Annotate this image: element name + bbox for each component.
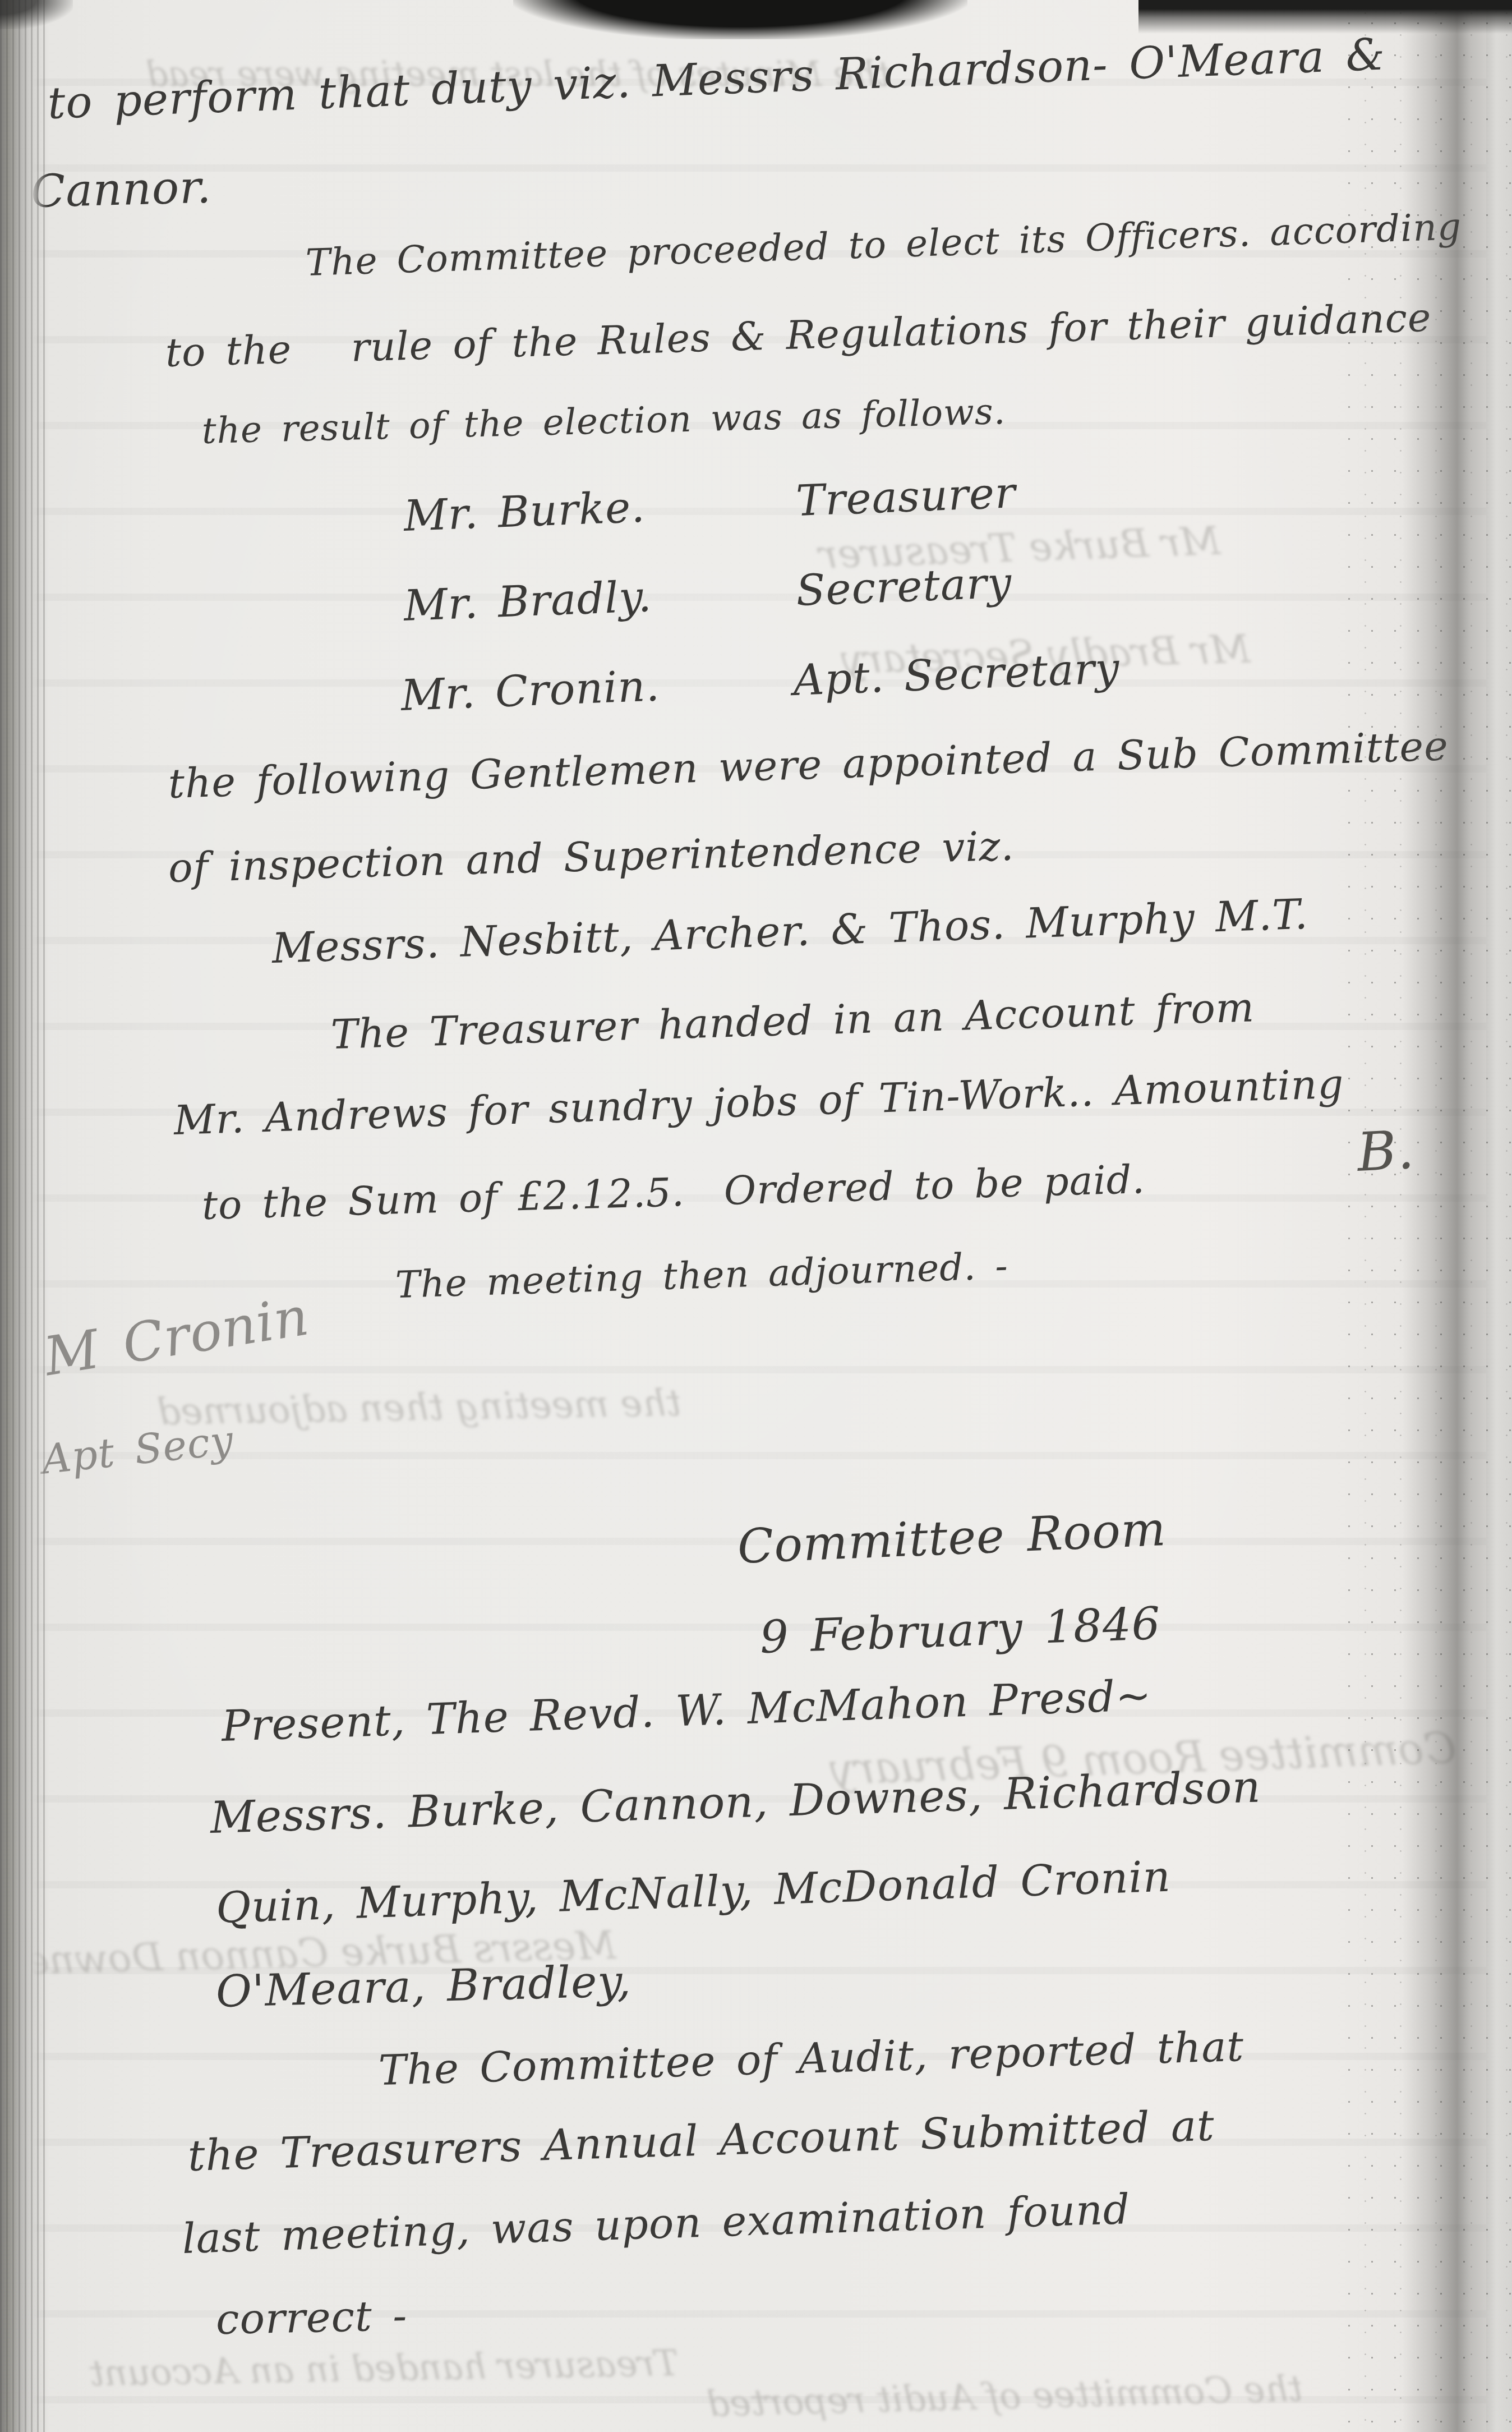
officer-office: Secretary [795, 557, 1013, 615]
binding-gutter [0, 0, 48, 2432]
manuscript-line: Cannor. [30, 161, 212, 218]
officer-office: Treasurer [795, 467, 1017, 526]
manuscript-page: the Minutes of the last meeting were rea… [0, 0, 1512, 2432]
foxing-speckles [1333, 0, 1512, 2432]
scan-background-top-right [1138, 0, 1512, 34]
scan-background-top-left [0, 0, 73, 29]
bleed-through-text: the meeting then adjourned [156, 1381, 681, 1433]
scan-background-top [513, 0, 967, 39]
manuscript-line: correct - [215, 2292, 408, 2344]
